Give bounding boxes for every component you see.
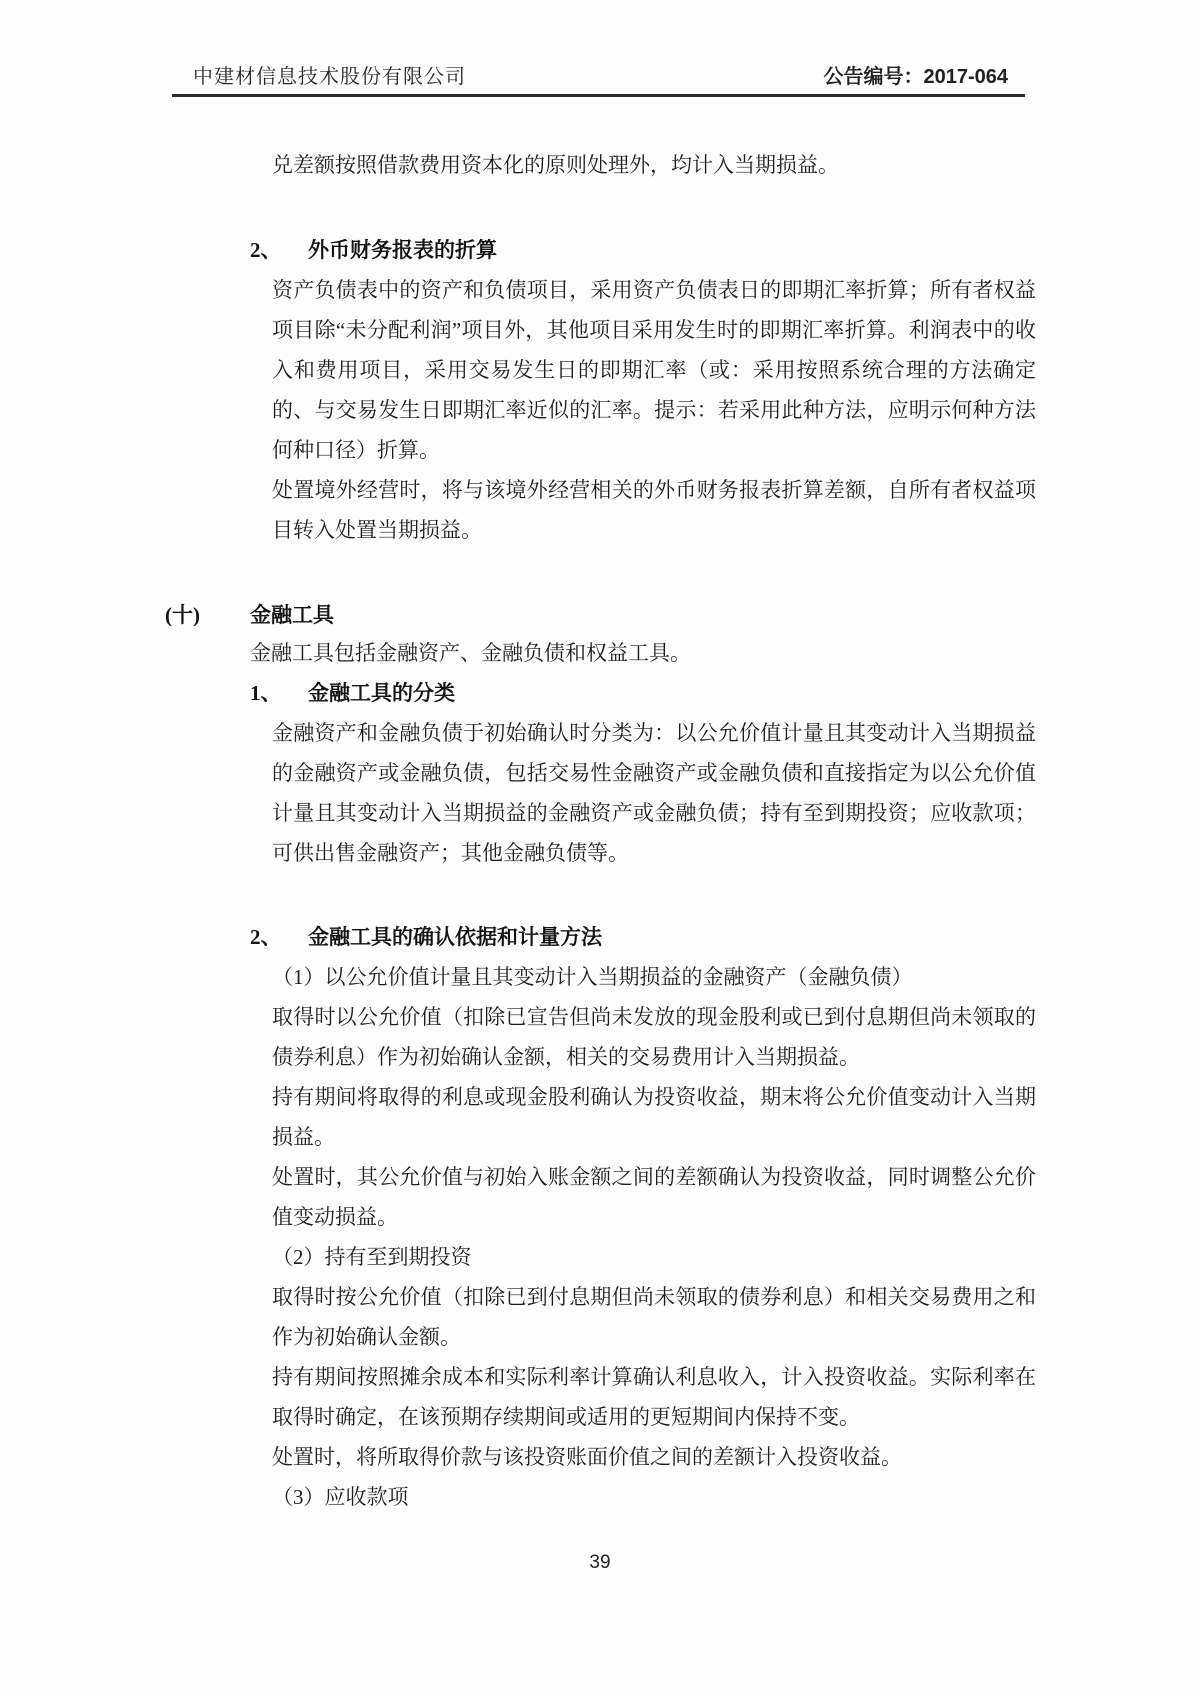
heading-title: 金融工具的分类: [308, 682, 455, 705]
paragraph: 取得时按公允价值（扣除已到付息期但尚未领取的债券利息）和相关交易费用之和作为初始…: [272, 1277, 1036, 1357]
paragraph-exchange-difference: 兑差额按照借款费用资本化的原则处理外，均计入当期损益。: [272, 145, 1036, 185]
heading-number: (十): [165, 595, 250, 635]
heading-recognition-measurement: 2、金融工具的确认依据和计量方法: [250, 917, 602, 958]
paragraph: 处置时，将所取得价款与该投资账面价值之间的差额计入投资收益。: [272, 1437, 1036, 1477]
paragraph: 处置时，其公允价值与初始入账金额之间的差额确认为投资收益，同时调整公允价值变动损…: [272, 1157, 1036, 1237]
paragraph: 取得时以公允价值（扣除已宣告但尚未发放的现金股利或已到付息期但尚未领取的债券利息…: [272, 997, 1036, 1077]
document-page: 中建材信息技术股份有限公司 公告编号：2017-064 兑差额按照借款费用资本化…: [0, 0, 1200, 1696]
heading-financial-instruments: (十)金融工具: [165, 595, 334, 636]
heading-title: 金融工具: [250, 604, 334, 627]
heading-fx-statement-translation: 2、外币财务报表的折算: [250, 230, 497, 271]
heading-classification: 1、金融工具的分类: [250, 673, 455, 714]
paragraph: 处置境外经营时，将与该境外经营相关的外币财务报表折算差额，自所有者权益项目转入处…: [272, 470, 1036, 550]
paragraph-financial-instruments-intro: 金融工具包括金融资产、金融负债和权益工具。: [250, 633, 1036, 673]
header-company-name: 中建材信息技术股份有限公司: [193, 60, 466, 89]
list-item: （2）持有至到期投资: [272, 1237, 1036, 1277]
heading-title: 外币财务报表的折算: [308, 239, 497, 262]
heading-number: 1、: [250, 673, 308, 713]
paragraph: 持有期间按照摊余成本和实际利率计算确认利息收入，计入投资收益。实际利率在取得时确…: [272, 1357, 1036, 1437]
heading-title: 金融工具的确认依据和计量方法: [308, 926, 602, 949]
list-item: （3）应收款项: [272, 1477, 1036, 1517]
list-item: （1）以公允价值计量且其变动计入当期损益的金融资产（金融负债）: [272, 957, 1036, 997]
section-recognition-measurement-body: （1）以公允价值计量且其变动计入当期损益的金融资产（金融负债） 取得时以公允价值…: [272, 957, 1036, 1517]
header-announcement-number: 公告编号：2017-064: [823, 60, 1008, 89]
paragraph: 持有期间将取得的利息或现金股利确认为投资收益，期末将公允价值变动计入当期损益。: [272, 1077, 1036, 1157]
heading-number: 2、: [250, 230, 308, 270]
heading-number: 2、: [250, 917, 308, 957]
paragraph: 资产负债表中的资产和负债项目，采用资产负债表日的即期汇率折算；所有者权益项目除“…: [272, 270, 1036, 470]
header-divider-rule: [172, 94, 1025, 97]
paragraph-classification: 金融资产和金融负债于初始确认时分类为：以公允价值计量且其变动计入当期损益的金融资…: [272, 713, 1036, 873]
page-number: 39: [0, 1552, 1200, 1574]
section-fx-body: 资产负债表中的资产和负债项目，采用资产负债表日的即期汇率折算；所有者权益项目除“…: [272, 270, 1036, 550]
